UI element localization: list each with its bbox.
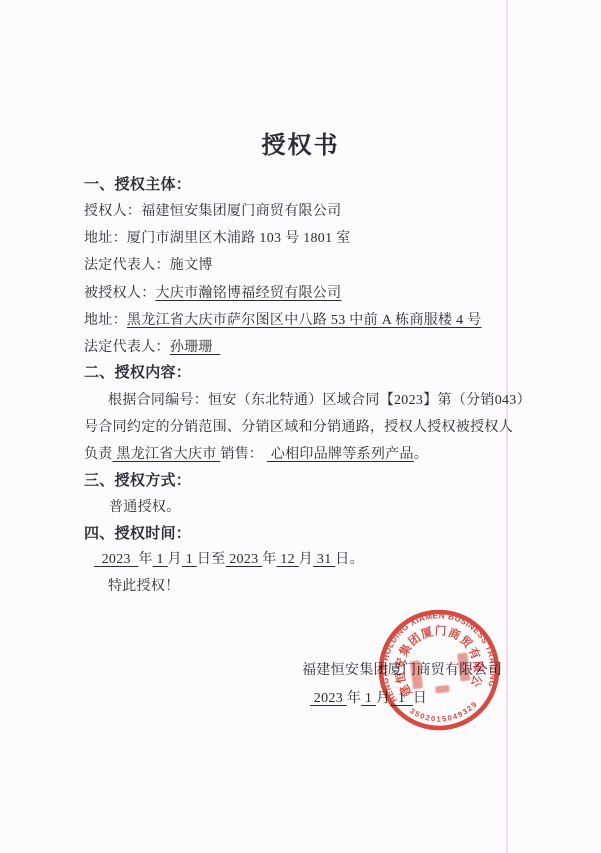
section2-heading: 二、授权内容： xyxy=(84,363,191,383)
doc-title: 授权书 xyxy=(0,136,601,156)
closing-line: 特此授权！ xyxy=(108,577,180,597)
grantor-line: 授权人：福建恒安集团厦门商贸有限公司 xyxy=(84,202,341,222)
section4-date-range: 2023 年 1 月 1 日至 2023 年 12 月 31 日。 xyxy=(94,550,364,570)
grantee-line: 被授权人：大庆市瀚铭博福经贸有限公司 xyxy=(84,284,341,304)
section3-body: 普通授权。 xyxy=(109,498,181,518)
authorization-letter-page: 授权书 一、授权主体： 授权人：福建恒安集团厦门商贸有限公司 地址：厦门市湖里区… xyxy=(0,0,601,853)
company-seal-stamp: FUJIAN HENGAN HOLDING XIAMEN BUSINESS TR… xyxy=(352,583,526,757)
grantor-address-line: 地址：厦门市湖里区木浦路 103 号 1801 室 xyxy=(84,229,351,249)
grantor-rep-line: 法定代表人：施文博 xyxy=(84,256,213,276)
section3-heading: 三、授权方式： xyxy=(84,471,191,491)
seal-center-marks xyxy=(410,652,472,696)
grantee-address-line: 地址：黑龙江省大庆市萨尔图区中八路 53 中前 A 栋商服楼 4 号 xyxy=(84,311,482,331)
content-line-1: 根据合同编号：恒安（东北特通）区域合同【2023】第（分销043） xyxy=(108,391,531,411)
grantee-rep-line: 法定代表人：孙珊珊 xyxy=(84,338,220,358)
section4-heading: 四、授权时间： xyxy=(84,524,191,544)
content-line-2: 号合同约定的分销范围、分销区域和分销通路，授权人授权被授权人 xyxy=(84,418,513,438)
content-line-3: 负责 黑龙江省大庆市 销售： 心相印品牌等系列产品。 xyxy=(84,445,428,465)
section1-heading: 一、授权主体： xyxy=(84,175,191,195)
